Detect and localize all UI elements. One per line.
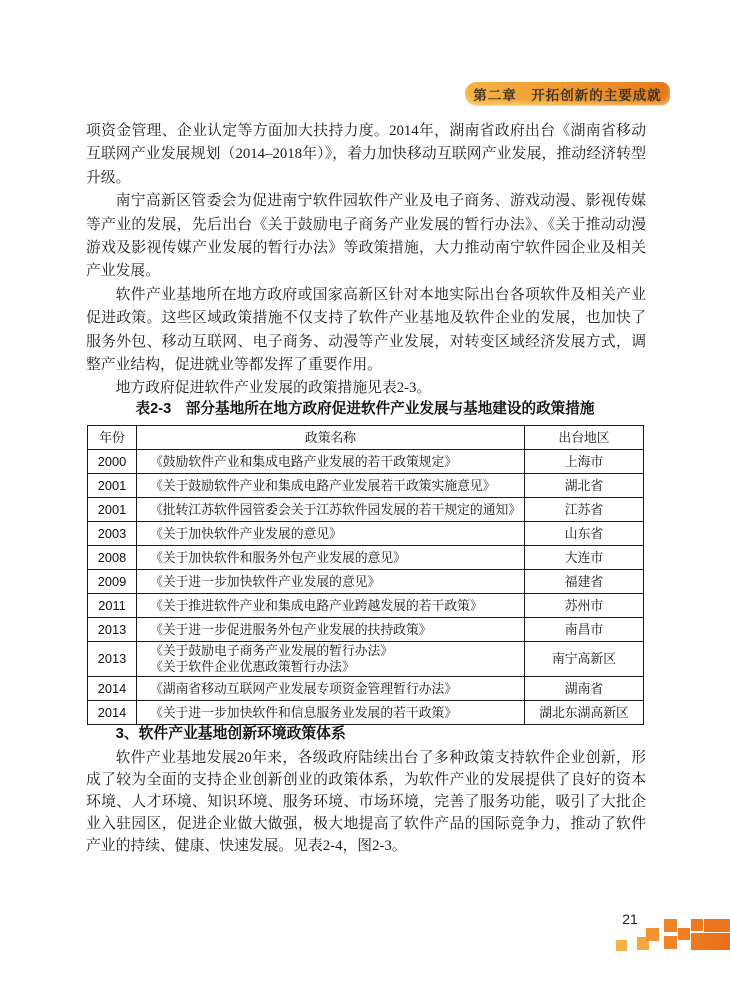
pixel-square	[664, 919, 677, 932]
region-cell: 江苏省	[525, 498, 644, 522]
region-cell: 大连市	[525, 546, 644, 570]
chapter-header-badge: 第二章 开拓创新的主要成就	[465, 82, 670, 105]
table-row: 2000《鼓励软件产业和集成电路产业发展的若干政策规定》上海市	[88, 450, 644, 474]
table-row: 2008《关于加快软件和服务外包产业发展的意见》大连市	[88, 546, 644, 570]
innovation-section: 3、软件产业基地创新环境政策体系 软件产业基地发展20年来，各级政府陆续出台了多…	[86, 722, 646, 857]
section-heading: 3、软件产业基地创新环境政策体系	[86, 722, 646, 747]
policy-cell: 《关于进一步加快软件和信息服务业发展的若干政策》	[137, 701, 525, 725]
table-row: 2013《关于进一步促进服务外包产业发展的扶持政策》南昌市	[88, 618, 644, 642]
policy-table: 年份 政策名称 出台地区 2000《鼓励软件产业和集成电路产业发展的若干政策规定…	[87, 425, 644, 725]
region-cell: 南宁高新区	[525, 642, 644, 677]
policy-cell: 《鼓励软件产业和集成电路产业发展的若干政策规定》	[137, 450, 525, 474]
policy-cell: 《关于进一步促进服务外包产业发展的扶持政策》	[137, 618, 525, 642]
year-cell: 2014	[88, 701, 137, 725]
pixel-block	[691, 933, 730, 950]
year-cell: 2014	[88, 677, 137, 701]
year-cell: 2001	[88, 474, 137, 498]
year-cell: 2011	[88, 594, 137, 618]
paragraph-innovation: 软件产业基地发展20年来，各级政府陆续出台了多种政策支持软件企业创新，形成了较为…	[86, 747, 646, 857]
table-row: 2009《关于进一步加快软件产业发展的意见》福建省	[88, 570, 644, 594]
table-title: 表2-3 部分基地所在地方政府促进软件产业发展与基地建设的政策措施	[86, 397, 644, 418]
header-policy: 政策名称	[137, 426, 525, 450]
paragraph-funding: 项资金管理、企业认定等方面加大扶持力度。2014年，湖南省政府出台《湖南省移动互…	[86, 120, 646, 190]
year-cell: 2000	[88, 450, 137, 474]
region-cell: 山东省	[525, 522, 644, 546]
body-text-block: 项资金管理、企业认定等方面加大扶持力度。2014年，湖南省政府出台《湖南省移动互…	[86, 120, 646, 401]
region-cell: 福建省	[525, 570, 644, 594]
pixel-square	[664, 936, 677, 949]
region-cell: 南昌市	[525, 618, 644, 642]
pixel-square	[691, 919, 703, 931]
document-page: 第二章 开拓创新的主要成就 项资金管理、企业认定等方面加大扶持力度。2014年，…	[0, 0, 730, 984]
year-cell: 2013	[88, 642, 137, 677]
year-cell: 2013	[88, 618, 137, 642]
table-header-row: 年份 政策名称 出台地区	[88, 426, 644, 450]
page-number: 21	[618, 911, 642, 927]
region-cell: 湖南省	[525, 677, 644, 701]
table-row: 2001《批转江苏软件园管委会关于江苏软件园发展的若干规定的通知》江苏省	[88, 498, 644, 522]
table-row: 2011《关于推进软件产业和集成电路产业跨越发展的若干政策》苏州市	[88, 594, 644, 618]
region-cell: 上海市	[525, 450, 644, 474]
policy-cell: 《湖南省移动互联网产业发展专项资金管理暂行办法》	[137, 677, 525, 701]
year-cell: 2003	[88, 522, 137, 546]
policy-cell: 《关于进一步加快软件产业发展的意见》	[137, 570, 525, 594]
paragraph-nanning: 南宁高新区管委会为促进南宁软件园软件产业及电子商务、游戏动漫、影视传媒等产业的发…	[86, 190, 646, 284]
chapter-title: 第二章 开拓创新的主要成就	[473, 84, 662, 104]
table-row: 2013《关于鼓励电子商务产业发展的暂行办法》《关于软件企业优惠政策暂行办法》南…	[88, 642, 644, 677]
year-cell: 2001	[88, 498, 137, 522]
table-row: 2014《关于进一步加快软件和信息服务业发展的若干政策》湖北东湖高新区	[88, 701, 644, 725]
region-cell: 湖北省	[525, 474, 644, 498]
pixel-square	[678, 928, 690, 940]
policy-cell: 《关于鼓励电子商务产业发展的暂行办法》《关于软件企业优惠政策暂行办法》	[137, 642, 525, 677]
pixel-block	[704, 919, 730, 932]
table-row: 2003《关于加快软件产业发展的意见》山东省	[88, 522, 644, 546]
policy-cell: 《关于鼓励软件产业和集成电路产业发展若干政策实施意见》	[137, 474, 525, 498]
paragraph-local-policy: 软件产业基地所在地方政府或国家高新区针对本地实际出台各项软件及相关产业促进政策。…	[86, 284, 646, 378]
region-cell: 湖北东湖高新区	[525, 701, 644, 725]
table-row: 2001《关于鼓励软件产业和集成电路产业发展若干政策实施意见》湖北省	[88, 474, 644, 498]
header-year: 年份	[88, 426, 137, 450]
policy-cell: 《关于推进软件产业和集成电路产业跨越发展的若干政策》	[137, 594, 525, 618]
pixel-square	[646, 928, 659, 941]
policy-cell: 《关于加快软件产业发展的意见》	[137, 522, 525, 546]
policy-cell: 《批转江苏软件园管委会关于江苏软件园发展的若干规定的通知》	[137, 498, 525, 522]
pixel-square	[616, 940, 627, 951]
region-cell: 苏州市	[525, 594, 644, 618]
table-row: 2014《湖南省移动互联网产业发展专项资金管理暂行办法》湖南省	[88, 677, 644, 701]
policy-cell: 《关于加快软件和服务外包产业发展的意见》	[137, 546, 525, 570]
year-cell: 2009	[88, 570, 137, 594]
year-cell: 2008	[88, 546, 137, 570]
header-region: 出台地区	[525, 426, 644, 450]
